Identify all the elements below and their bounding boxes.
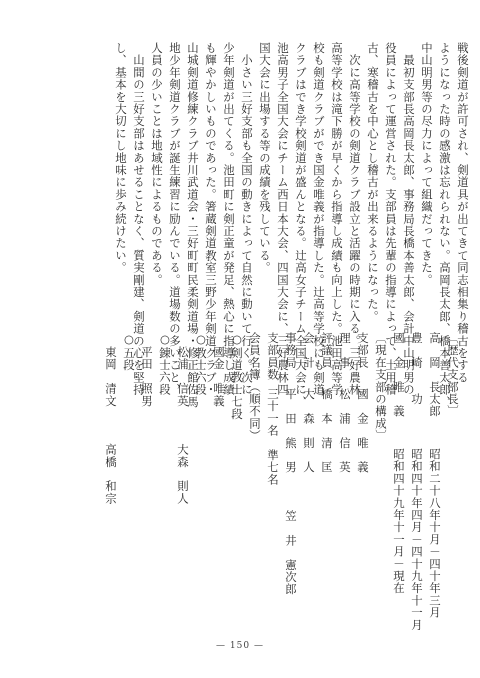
- body-column: 校も剣道クラブができ国金唯義が指導した。辻高等学校にも剣道: [313, 42, 325, 304]
- roster-grade: ○剣道教士七段: [231, 332, 243, 612]
- roster-grade: ○教士六段: [195, 332, 207, 612]
- body-column: 小さい三好支部も全国の動きによって自然に動いて行く。次に: [241, 42, 253, 304]
- body-column: 役員によって運営された。支部員は先輩の指導によって、土用稽: [385, 42, 397, 304]
- roster-title: 会員名簿（順不同）: [249, 332, 261, 612]
- body-column: 国大会に出場する等の成績を残している。: [259, 42, 271, 304]
- body-column: 地少年剣道クラブが誕生練習に励んでいる。道場数の多いこと、: [169, 42, 181, 304]
- role-names: 松 浦 信 英: [339, 388, 351, 473]
- role-names: 國 金 唯 義: [357, 388, 369, 473]
- page-number: — 150 —: [0, 641, 480, 651]
- body-column: 人員の少いことは地域性によるものである。: [151, 42, 163, 304]
- role-names: 平 田 熊 男 笠 井 憲次郎: [285, 388, 297, 595]
- past-head-term: 昭和二十八年十月－四十年三月: [429, 448, 441, 619]
- body-column: も輝やかしいものであった。箸蔵剣道教室三野少年剣道クラブ・: [205, 42, 217, 304]
- body-column: 山城剣道修練クラブ井川武道会・三好町町民柔剣道場・修正館佐馬: [187, 42, 199, 304]
- role-names: 三十一名 準七名: [267, 388, 279, 486]
- body-column: 古、寒稽古を中心とし稽古が出来るようになった。: [367, 42, 379, 304]
- role-names: 大 森 則 人: [303, 388, 315, 473]
- past-head-term: 昭和四十年四月－四十九年十一月: [411, 448, 423, 631]
- current-structure-title: 〔現在支部の構成〕: [375, 332, 387, 612]
- roster-members: 平田 照男: [141, 346, 153, 407]
- body-column: ようになった時の感激は忘れられない。高岡長太郎、橋本善太郎、: [439, 42, 451, 304]
- document-page: 戦後剣道が許可され、剣道具が出てきて同志相集り稽古をする ようになった時の感激は…: [0, 0, 480, 678]
- body-column: 次に高等学校の剣道クラブ設立と活躍の時期に入る。三好農林: [349, 42, 361, 304]
- role-names: 橋 本 清 匡: [321, 388, 333, 473]
- roster-members: 松浦 信英 大森 則人: [177, 346, 189, 505]
- body-column: 最初支部長高岡長太郎、事務局長橋本善太郎、会計中山明男の: [403, 42, 415, 304]
- past-head-term: 昭和四十九年十一月－現在: [393, 448, 405, 594]
- body-column: クラブはでき学校剣道が盛んとなる。辻高女子チーム全国大会に、: [295, 42, 307, 304]
- past-heads-title: 〔歴代支部長〕: [447, 332, 459, 612]
- body-column: 少年剣道が出てくる。池田町に剣正童が発足、熱心に指導し成績: [223, 42, 235, 304]
- body-column: 池高男子全国大会にチーム西日本大会、四国大会に、三好農林四: [277, 42, 289, 304]
- body-column: 中山明男等の尽力によって組織だってきた。: [421, 42, 433, 304]
- roster-grade: ○錬士六段: [159, 332, 171, 612]
- body-column: 戦後剣道が許可され、剣道具が出てきて同志相集り稽古をする: [457, 42, 469, 304]
- roster-members: 國金 唯義: [213, 346, 225, 407]
- roster-grade: ○五段: [123, 332, 135, 612]
- roster-members: 東岡 清文 高橋 和宗: [105, 346, 117, 505]
- body-column: し、基本を大切にし地味に歩み続けたい。: [115, 42, 127, 304]
- body-column: 山間の三好支部はあせることなく、質実剛建、剣道の心を堅持: [133, 42, 145, 304]
- body-column: 高等学校は滝下勝が早くから指導し成績も向上した。池田高等学: [331, 42, 343, 304]
